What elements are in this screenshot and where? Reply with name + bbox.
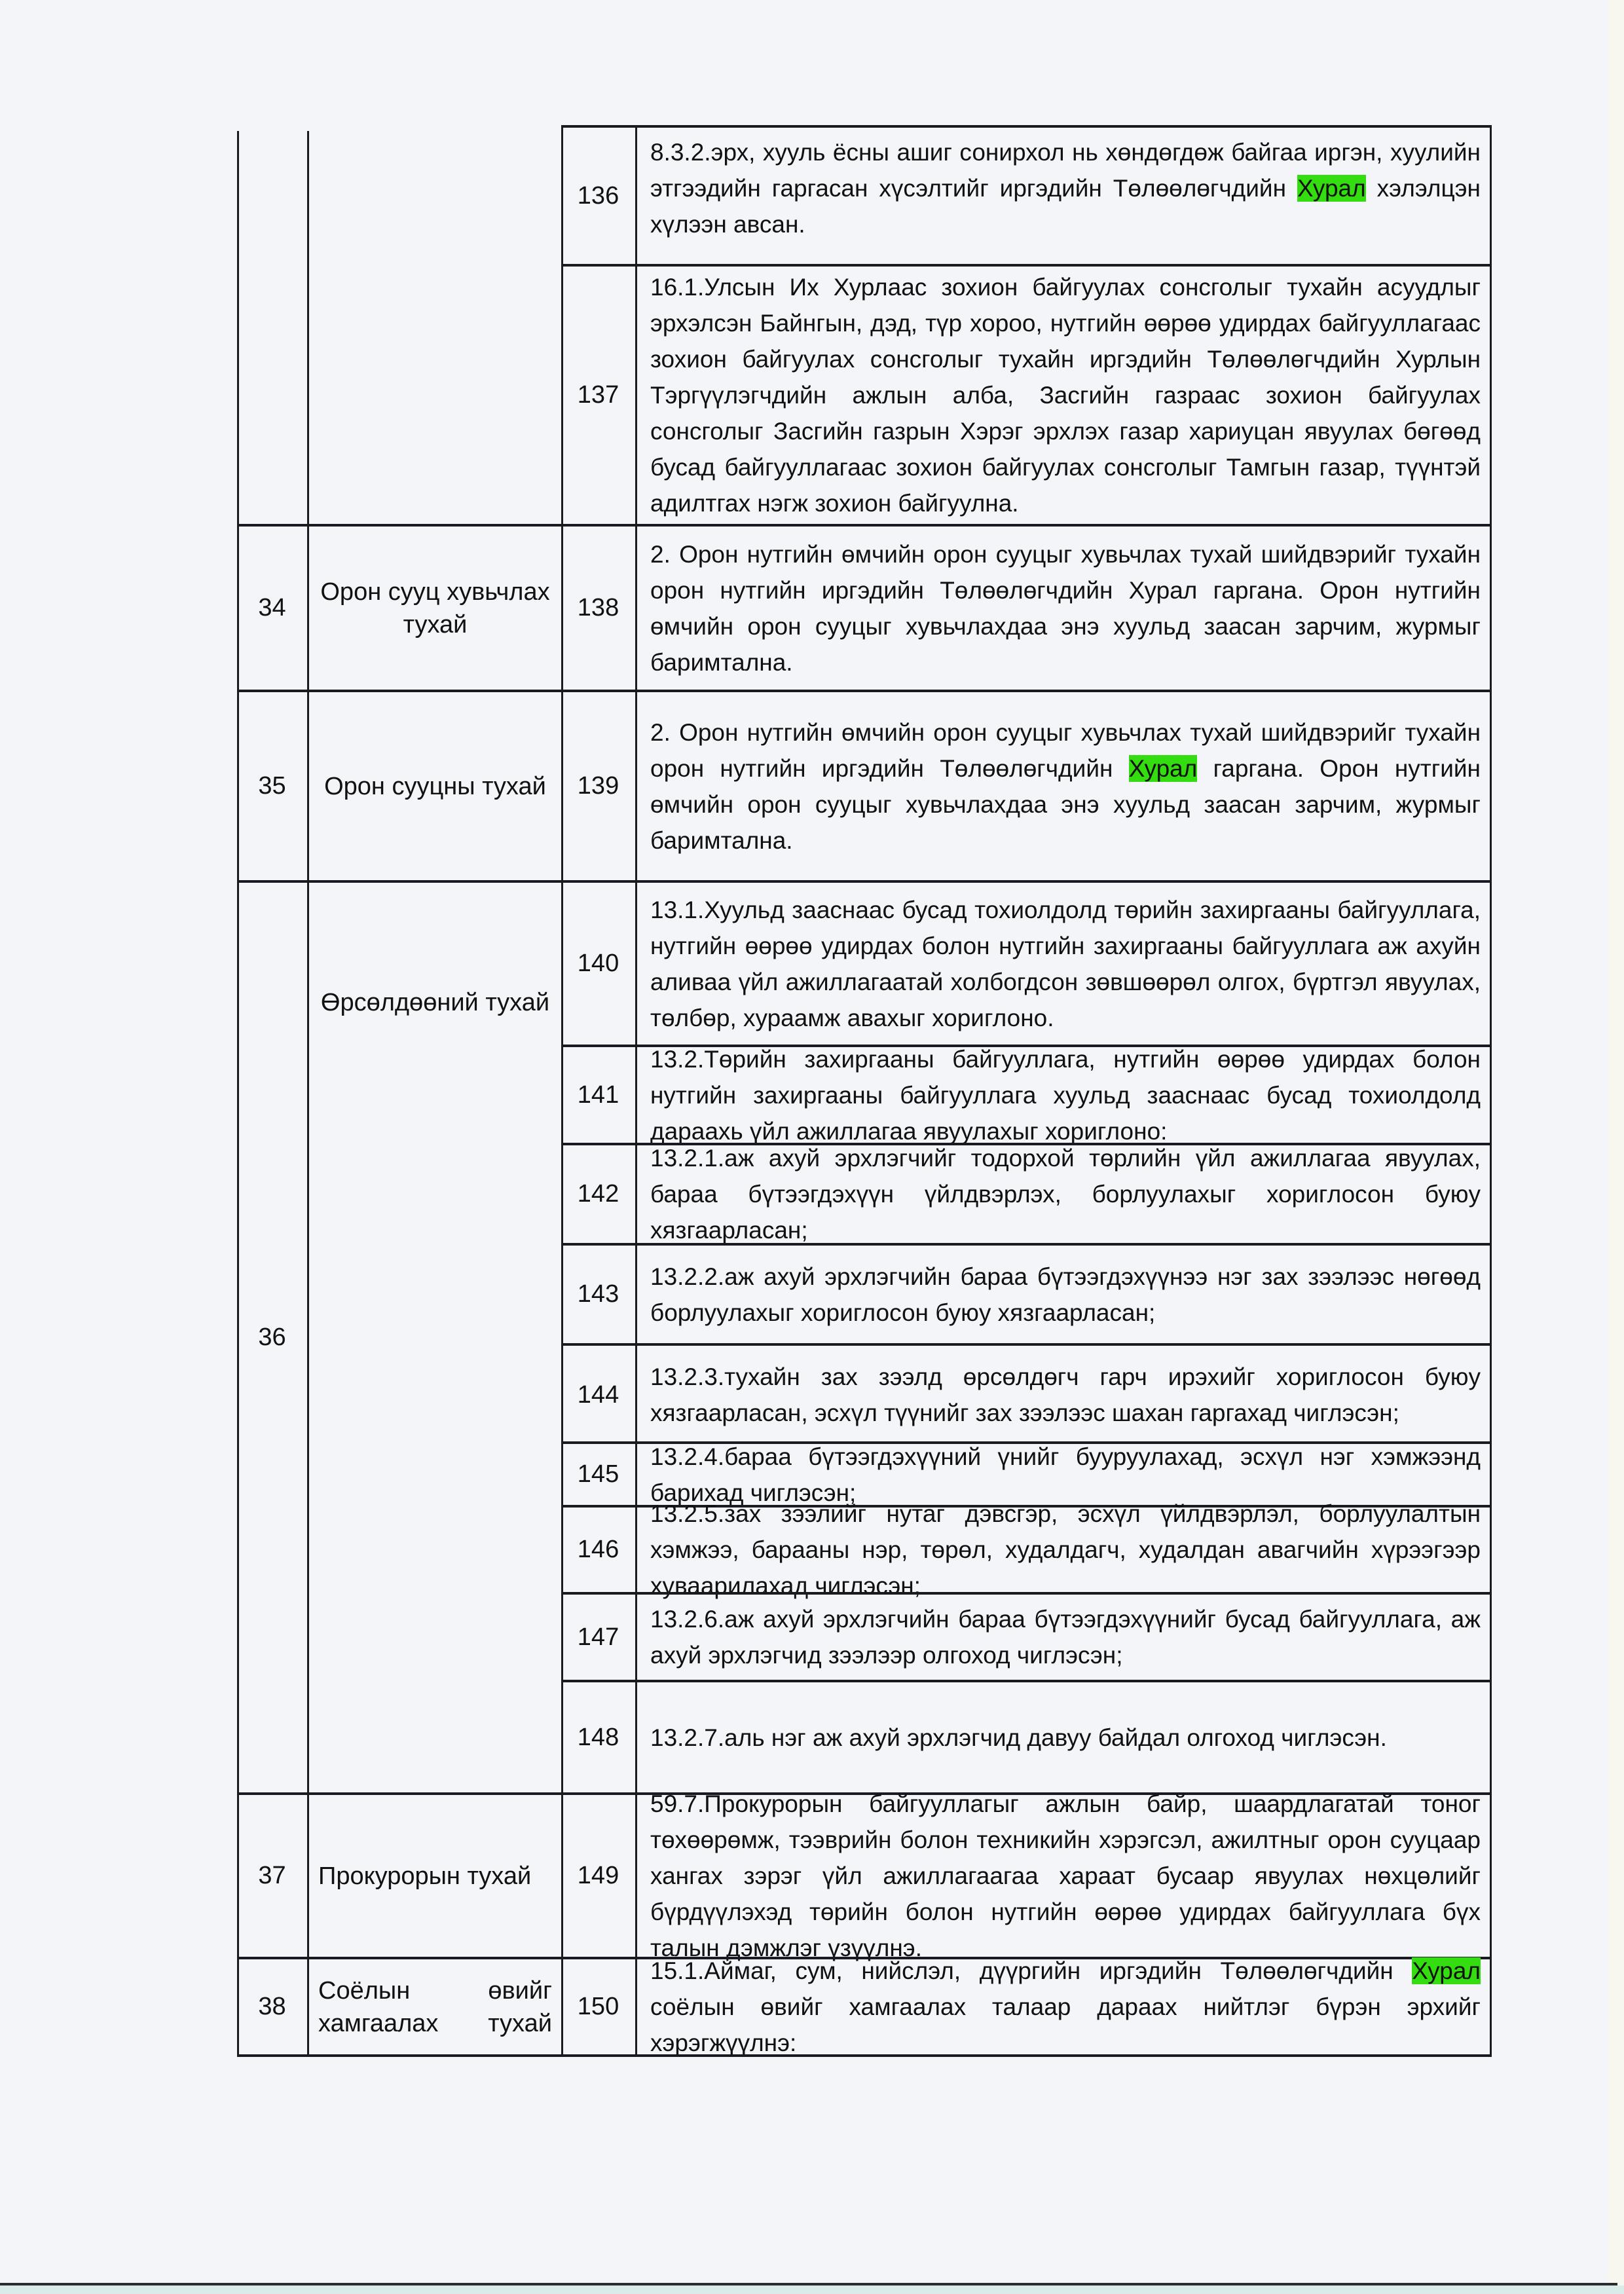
provision-text-cell: 13.1.Хуульд зааснаас бусад тохиолдолд тө…	[637, 881, 1490, 1046]
group-law-title-cell	[309, 105, 561, 525]
group-number-cell: 38	[237, 1958, 307, 2056]
provision-index-cell: 143	[561, 1244, 635, 1344]
provision-text-before: 59.7.Прокурорын байгууллагыг ажлын байр,…	[650, 1790, 1481, 1961]
group-number-cell	[237, 105, 307, 525]
provision-text: 13.2.3.тухайн зах зээлд өрсөлдөгч гарч и…	[650, 1359, 1481, 1431]
provision-text-cell: 13.2.Төрийн захиргааны байгууллага, нутг…	[637, 1046, 1490, 1144]
provision-text: 13.2.5.зах зээлийг нутаг дэвсгэр, эсхүл …	[650, 1496, 1481, 1604]
provision-text-before: 13.1.Хуульд зааснаас бусад тохиолдолд тө…	[650, 897, 1481, 1031]
provision-index-cell: 145	[561, 1443, 635, 1506]
provision-text-before: 16.1.Улсын Их Хурлаас зохион байгуулах с…	[650, 274, 1481, 517]
provision-text: 13.2.2.аж ахуй эрхлэгчийн бараа бүтээгдэ…	[650, 1259, 1481, 1331]
scan-edge-strip	[1609, 0, 1624, 2294]
provision-text: 15.1.Аймаг, сум, нийслэл, дүүргийн иргэд…	[650, 1953, 1481, 2061]
provision-text-before: 13.2.2.аж ахуй эрхлэгчийн бараа бүтээгдэ…	[650, 1263, 1481, 1326]
highlighted-term: Хурал	[1129, 755, 1198, 782]
group-law-title-cell: Орон сууцны тухай	[309, 691, 561, 881]
provision-index-cell: 147	[561, 1593, 635, 1681]
group-number-cell: 35	[237, 691, 307, 881]
provision-index-cell: 137	[561, 265, 635, 525]
highlighted-term: Хурал	[1412, 1957, 1481, 1984]
provision-text-cell: 13.2.1.аж ахуй эрхлэгчийг тодорхой төрли…	[637, 1144, 1490, 1244]
provision-index-cell: 150	[561, 1958, 635, 2056]
provision-text-before: 13.2.6.аж ахуй эрхлэгчийн бараа бүтээгдэ…	[650, 1606, 1481, 1669]
provision-text-before: 15.1.Аймаг, сум, нийслэл, дүүргийн иргэд…	[650, 1957, 1412, 1984]
provision-text: 8.3.2.эрх, хууль ёсны ашиг сонирхол нь х…	[650, 134, 1481, 242]
provision-text: 2. Орон нутгийн өмчийн орон сууцыг хувьч…	[650, 714, 1481, 859]
provision-text-before: 2. Орон нутгийн өмчийн орон сууцыг хувьч…	[650, 541, 1481, 676]
provision-index-cell: 142	[561, 1144, 635, 1244]
provision-text-cell: 13.2.2.аж ахуй эрхлэгчийн бараа бүтээгдэ…	[637, 1244, 1490, 1344]
provision-text-before: 13.2.1.аж ахуй эрхлэгчийг тодорхой төрли…	[650, 1145, 1481, 1244]
scan-bottom-band	[0, 2285, 1624, 2294]
provision-index-cell: 144	[561, 1344, 635, 1445]
provision-index-cell: 148	[561, 1681, 635, 1794]
provision-index-cell: 141	[561, 1046, 635, 1144]
provision-text-after: соёлын өвийг хамгаалах талаар дараах ний…	[650, 1993, 1481, 2056]
group-number-cell: 37	[237, 1794, 307, 1958]
provision-index-cell: 149	[561, 1794, 635, 1958]
table-border-horizontal	[237, 2054, 1492, 2057]
provision-index-cell: 140	[561, 881, 635, 1046]
provision-text: 2. Орон нутгийн өмчийн орон сууцыг хувьч…	[650, 536, 1481, 680]
provision-text-cell: 13.2.6.аж ахуй эрхлэгчийн бараа бүтээгдэ…	[637, 1593, 1490, 1681]
provision-text: 16.1.Улсын Их Хурлаас зохион байгуулах с…	[650, 269, 1481, 521]
provision-text-before: 13.2.Төрийн захиргааны байгууллага, нутг…	[650, 1046, 1481, 1145]
provision-index-cell: 138	[561, 525, 635, 691]
provision-text: 13.1.Хуульд зааснаас бусад тохиолдолд тө…	[650, 892, 1481, 1036]
provision-index-cell: 139	[561, 691, 635, 881]
provision-index-cell: 136	[561, 126, 635, 265]
group-number-cell: 36	[237, 881, 307, 1794]
provision-text-cell: 16.1.Улсын Их Хурлаас зохион байгуулах с…	[637, 265, 1490, 525]
provision-text: 13.2.6.аж ахуй эрхлэгчийн бараа бүтээгдэ…	[650, 1601, 1481, 1673]
group-law-title-cell: Орон сууц хувьчлах тухай	[309, 525, 561, 691]
provision-text-cell: 15.1.Аймаг, сум, нийслэл, дүүргийн иргэд…	[637, 1958, 1490, 2056]
provision-text-cell: 8.3.2.эрх, хууль ёсны ашиг сонирхол нь х…	[637, 126, 1490, 265]
group-law-title-cell: Прокурорын тухай	[309, 1794, 561, 1958]
provision-text-before: 13.2.3.тухайн зах зээлд өрсөлдөгч гарч и…	[650, 1363, 1481, 1426]
provision-text-before: 13.2.7.аль нэг аж ахуй эрхлэгчид давуу б…	[650, 1724, 1387, 1751]
provision-text: 59.7.Прокурорын байгууллагыг ажлын байр,…	[650, 1786, 1481, 1966]
group-number-cell: 34	[237, 525, 307, 691]
table-border-vertical	[1490, 126, 1492, 2056]
provision-text-cell: 59.7.Прокурорын байгууллагыг ажлын байр,…	[637, 1794, 1490, 1958]
provision-text-cell: 13.2.3.тухайн зах зээлд өрсөлдөгч гарч и…	[637, 1344, 1490, 1445]
provision-text-before: 13.2.5.зах зээлийг нутаг дэвсгэр, эсхүл …	[650, 1500, 1481, 1599]
highlighted-term: Хурал	[1297, 175, 1366, 202]
provision-text-cell: 2. Орон нутгийн өмчийн орон сууцыг хувьч…	[637, 525, 1490, 691]
provision-text-cell: 13.2.5.зах зээлийг нутаг дэвсгэр, эсхүл …	[637, 1506, 1490, 1593]
group-law-title-cell: Өрсөлдөөний тухай	[309, 881, 561, 1124]
provision-text: 13.2.1.аж ахуй эрхлэгчийг тодорхой төрли…	[650, 1140, 1481, 1248]
provision-text: 13.2.Төрийн захиргааны байгууллага, нутг…	[650, 1041, 1481, 1149]
provision-text: 13.2.7.аль нэг аж ахуй эрхлэгчид давуу б…	[650, 1720, 1481, 1756]
group-law-title-cell: Соёлын өвийг хамгаалах тухай	[309, 1958, 561, 2056]
provision-text-cell: 2. Орон нутгийн өмчийн орон сууцыг хувьч…	[637, 691, 1490, 881]
provision-index-cell: 146	[561, 1506, 635, 1593]
provision-text-cell: 13.2.7.аль нэг аж ахуй эрхлэгчид давуу б…	[637, 1681, 1490, 1794]
